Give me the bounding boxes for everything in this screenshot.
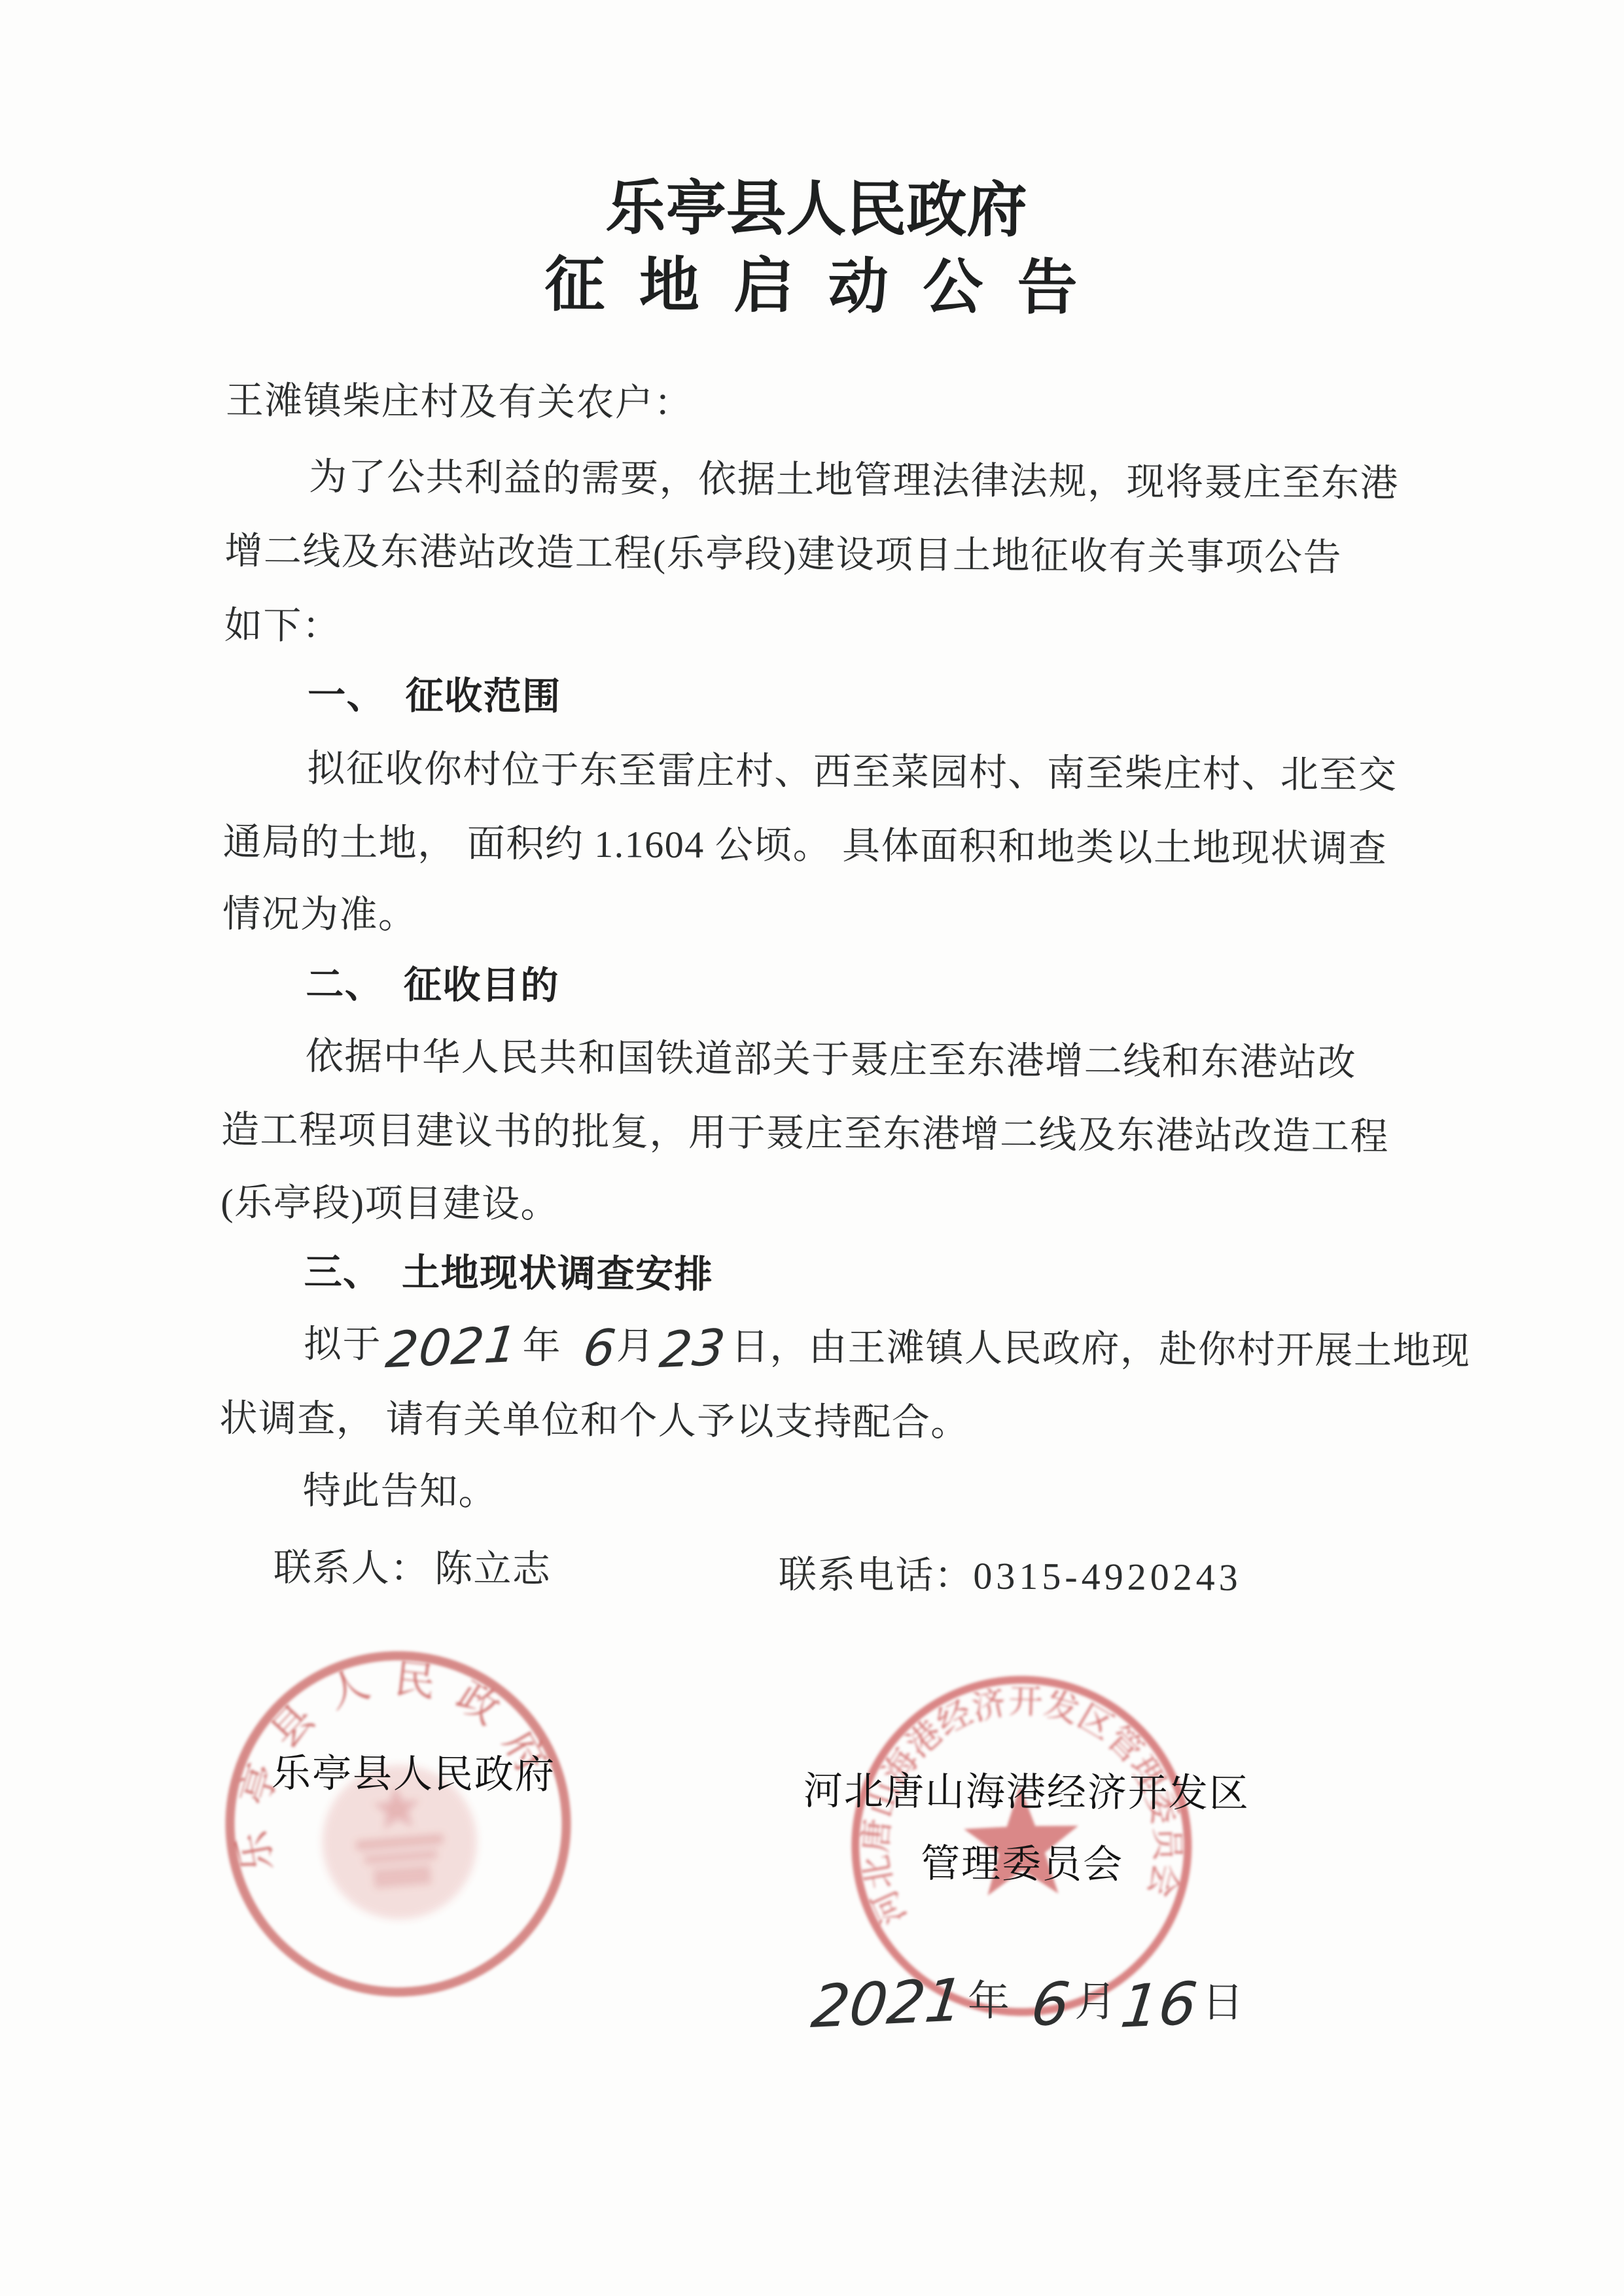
contact-person-name: 陈立志 [434, 1547, 552, 1590]
seal-left-overlay-text: 乐亭县人民政府 [272, 1742, 556, 1800]
seal-right-overlay-line1: 河北唐山海港经济开发区 [803, 1760, 1250, 1818]
intro-line3: 如下： [224, 602, 341, 651]
section2-line1: 依据中华人民共和国铁道部关于聂庄至东港增二线和东港站改 [305, 1033, 1356, 1087]
intro-line2: 增二线及东港站改造工程(乐亭段)建设项目土地征收有关事项公告 [224, 528, 1342, 582]
date-handwritten-day: 16 [1118, 1977, 1199, 2034]
contact-phone-label: 联系电话： [779, 1554, 974, 1597]
date-year-unit: 年 [968, 1977, 1010, 2024]
section1-line2: 通局的土地， 面积约 1.1604 公顷。 具体面积和地类以土地现状调查 [222, 818, 1387, 873]
contact-person-label: 联系人： [274, 1546, 429, 1590]
signature-date: 2021年6月16日 [813, 1966, 1244, 2032]
section3-line1: 拟于2021年6月23日，由王滩镇人民政府，赴你村开展土地现 [304, 1321, 1471, 1376]
section1-line1: 拟征收你村位于东至雷庄村、西至菜园村、南至柴庄村、北至交 [307, 745, 1397, 799]
section3-heading: 三、 土地现状调查安排 [304, 1249, 713, 1298]
seal-right-overlay-line2: 管理委员会 [921, 1832, 1124, 1890]
page-title-line2: 征 地 启 动 公 告 [4, 250, 1624, 323]
section3-line2: 状调查， 请有关单位和个人予以支持配合。 [219, 1395, 970, 1447]
seal-left-graphic: 乐亭县人民政府 [206, 1632, 590, 2016]
contact-person: 联系人：陈立志 [274, 1544, 552, 1593]
page-title-line1: 乐亭县人民政府 [4, 173, 1624, 246]
date-handwritten-year: 2021 [809, 1974, 966, 2034]
printed-month-unit: 月 [616, 1325, 656, 1367]
salutation: 王滩镇柴庄村及有关农户： [226, 377, 693, 428]
date-handwritten-month: 6 [1029, 1977, 1072, 2032]
printed-text: 拟于 [304, 1323, 381, 1366]
intro-line1: 为了公共利益的需要，依据土地管理法律法规，现将聂庄至东港 [309, 453, 1399, 508]
handwritten-month: 6 [581, 1325, 619, 1372]
notice-content: 乐亭县人民政府 征 地 启 动 公 告 王滩镇柴庄村及有关农户： 为了公共利益的… [0, 0, 1624, 2296]
official-seal-left: 乐亭县人民政府 [206, 1632, 590, 2016]
scanned-notice-page: 乐亭县人民政府 征 地 启 动 公 告 王滩镇柴庄村及有关农户： 为了公共利益的… [0, 0, 1624, 2296]
section1-heading: 一、 征收范围 [308, 672, 561, 721]
section2-heading: 二、 征收目的 [306, 961, 559, 1010]
handwritten-year: 2021 [383, 1322, 520, 1372]
date-month-unit: 月 [1074, 1978, 1116, 2025]
section2-line2: 造工程项目建议书的批复，用于聂庄至东港增二线及东港站改造工程 [221, 1106, 1389, 1160]
printed-rest: 日，由王滩镇人民政府，赴你村开展土地现 [731, 1325, 1471, 1372]
date-day-unit: 日 [1202, 1979, 1244, 2026]
contact-phone-number: 0315-4920243 [973, 1555, 1242, 1599]
printed-year-unit: 年 [522, 1324, 561, 1366]
handwritten-day: 23 [658, 1325, 728, 1373]
section1-line3: 情况为准。 [222, 890, 417, 939]
closing-line: 特此告知。 [302, 1467, 497, 1516]
section2-line3: (乐亭段)项目建设。 [221, 1179, 559, 1228]
contact-phone: 联系电话：0315-4920243 [779, 1552, 1242, 1602]
